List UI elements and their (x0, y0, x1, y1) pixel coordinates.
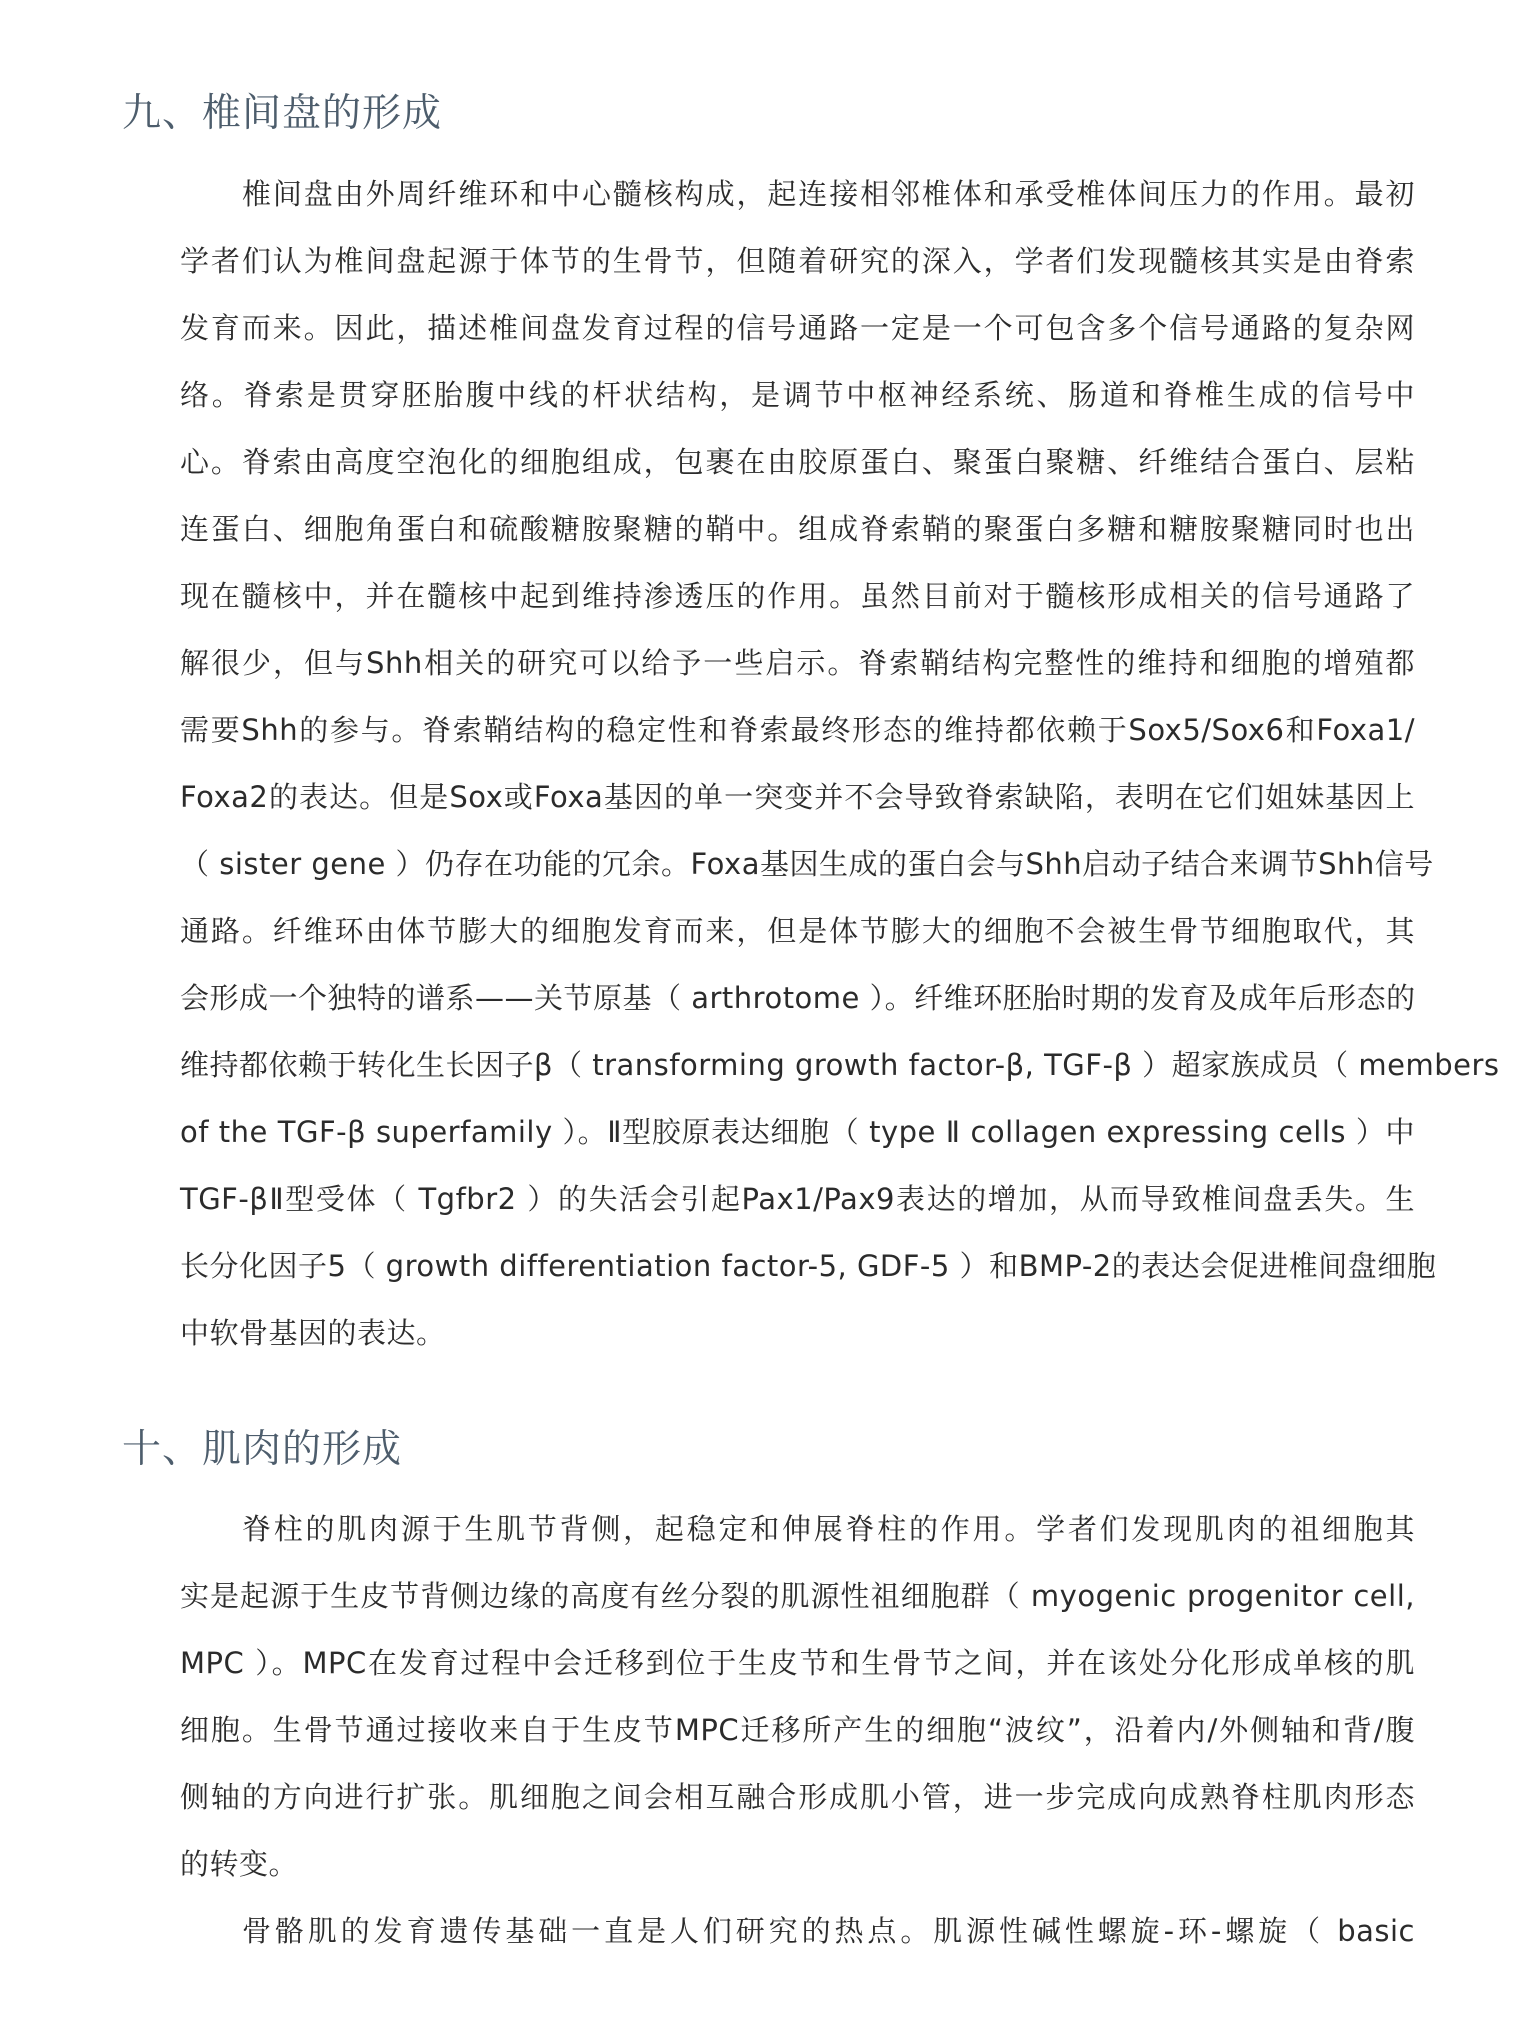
text-line: 实是起源于生皮节背侧边缘的高度有丝分裂的肌源性祖细胞群（ myogenic pr… (122, 1563, 1415, 1630)
text-line: 需要Shh的参与。脊索鞘结构的稳定性和脊索最终形态的维持都依赖于Sox5/Sox… (122, 697, 1415, 764)
text-line: Foxa2的表达。但是Sox或Foxa基因的单一突变并不会导致脊索缺陷，表明在它… (122, 764, 1415, 831)
text-line: （ sister gene ）仍存在功能的冗余。Foxa基因生成的蛋白会与Shh… (122, 831, 1415, 898)
text-line: 脊柱的肌肉源于生肌节背侧，起稳定和伸展脊柱的作用。学者们发现肌肉的祖细胞其 (122, 1496, 1415, 1563)
text-line: 长分化因子5（ growth differentiation factor-5,… (122, 1233, 1415, 1300)
text-line: TGF-βⅡ型受体（ Tgfbr2 ）的失活会引起Pax1/Pax9表达的增加，… (122, 1166, 1415, 1233)
text-line: 椎间盘由外周纤维环和中心髓核构成，起连接相邻椎体和承受椎体间压力的作用。最初 (122, 161, 1415, 228)
paragraph-skeletal-muscle: 骨骼肌的发育遗传基础一直是人们研究的热点。肌源性碱性螺旋-环-螺旋（ basic (122, 1898, 1415, 1965)
paragraph-intervertebral-disc: 椎间盘由外周纤维环和中心髓核构成，起连接相邻椎体和承受椎体间压力的作用。最初 学… (122, 161, 1415, 1367)
text-line: 会形成一个独特的谱系——关节原基（ arthrotome ）。纤维环胚胎时期的发… (122, 965, 1415, 1032)
paragraph-muscle-formation: 脊柱的肌肉源于生肌节背侧，起稳定和伸展脊柱的作用。学者们发现肌肉的祖细胞其 实是… (122, 1496, 1415, 1898)
section-heading-intervertebral-disc: 九、椎间盘的形成 (122, 88, 442, 140)
text-line: 侧轴的方向进行扩张。肌细胞之间会相互融合形成肌小管，进一步完成向成熟脊柱肌肉形态 (122, 1764, 1415, 1831)
section-heading-muscle-formation: 十、肌肉的形成 (122, 1424, 402, 1476)
text-line: 络。脊索是贯穿胚胎腹中线的杆状结构，是调节中枢神经系统、肠道和脊椎生成的信号中 (122, 362, 1415, 429)
text-line: 维持都依赖于转化生长因子β（ transforming growth facto… (122, 1032, 1415, 1099)
text-line: 中软骨基因的表达。 (122, 1300, 1415, 1367)
text-line: 学者们认为椎间盘起源于体节的生骨节，但随着研究的深入，学者们发现髓核其实是由脊索 (122, 228, 1415, 295)
text-line: of the TGF-β superfamily ）。Ⅱ型胶原表达细胞（ typ… (122, 1099, 1415, 1166)
text-line: 发育而来。因此，描述椎间盘发育过程的信号通路一定是一个可包含多个信号通路的复杂网 (122, 295, 1415, 362)
text-line: 细胞。生骨节通过接收来自于生皮节MPC迁移所产生的细胞“波纹”，沿着内/外侧轴和… (122, 1697, 1415, 1764)
text-line: MPC ）。MPC在发育过程中会迁移到位于生皮节和生骨节之间，并在该处分化形成单… (122, 1630, 1415, 1697)
text-line: 现在髓核中，并在髓核中起到维持渗透压的作用。虽然目前对于髓核形成相关的信号通路了 (122, 563, 1415, 630)
text-line: 心。脊索由高度空泡化的细胞组成，包裹在由胶原蛋白、聚蛋白聚糖、纤维结合蛋白、层粘 (122, 429, 1415, 496)
text-line: 解很少，但与Shh相关的研究可以给予一些启示。脊索鞘结构完整性的维持和细胞的增殖… (122, 630, 1415, 697)
text-line: 骨骼肌的发育遗传基础一直是人们研究的热点。肌源性碱性螺旋-环-螺旋（ basic (122, 1898, 1415, 1965)
text-line: 通路。纤维环由体节膨大的细胞发育而来，但是体节膨大的细胞不会被生骨节细胞取代，其 (122, 898, 1415, 965)
text-line: 的转变。 (122, 1831, 1415, 1898)
text-line: 连蛋白、细胞角蛋白和硫酸糖胺聚糖的鞘中。组成脊索鞘的聚蛋白多糖和糖胺聚糖同时也出 (122, 496, 1415, 563)
